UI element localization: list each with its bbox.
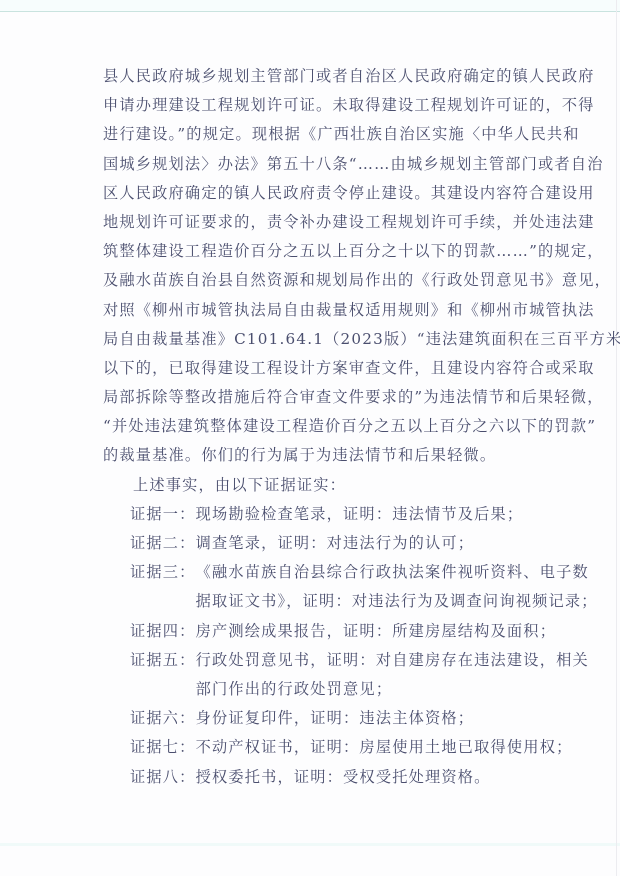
body-paragraph: 县人民政府城乡规划主管部门或者自治区人民政府确定的镇人民政府 申请办理建设工程规… [103,62,571,471]
evidence-label: 证据五： [130,646,196,704]
evidence-text: 部门作出的行政处罚意见； [196,675,589,704]
evidence-list: 证据一： 现场勘验检查笔录，证明：违法情节及后果； 证据二： 调查笔录，证明：对… [103,500,571,792]
evidence-item: 证据四： 房产测绘成果报告，证明：所建房屋结构及面积； [103,617,571,646]
evidence-item: 证据三： 《融水苗族自治县综合行政执法案件视听资料、电子数 据取证文书》，证明：… [103,558,571,616]
evidence-intro: 上述事实，由以下证据证实： [103,471,571,500]
body-line: 筑整体建设工程造价百分之五以上百分之十以下的罚款……”的规定， [103,237,571,266]
body-line: 的裁量基准。你们的行为属于为违法情节和后果轻微。 [103,441,571,470]
evidence-text: 调查笔录，证明：对违法行为的认可； [196,529,571,558]
evidence-label: 证据一： [130,500,196,529]
evidence-text: 身份证复印件，证明：违法主体资格； [196,704,571,733]
evidence-text: 《融水苗族自治县综合行政执法案件视听资料、电子数 [196,558,598,587]
scan-top-band [0,0,620,11]
body-line: 局部拆除等整改措施后符合审查文件要求的”为违法情节和后果轻微， [103,383,571,412]
body-line: 国城乡规划法〉办法》第五十八条“……由城乡规划主管部门或者自治 [103,150,571,179]
body-line: “并处违法建筑整体建设工程造价百分之五以上百分之六以下的罚款” [103,412,571,441]
evidence-text: 不动产权证书，证明：房屋使用土地已取得使用权； [196,733,573,762]
body-line: 及融水苗族自治县自然资源和规划局作出的《行政处罚意见书》意见， [103,266,571,295]
evidence-text: 授权委托书，证明：受权受托处理资格。 [196,763,571,792]
evidence-label: 证据二： [130,529,196,558]
evidence-text: 据取证文书》，证明：对违法行为及调查问询视频记录； [196,587,598,616]
body-line: 县人民政府城乡规划主管部门或者自治区人民政府确定的镇人民政府 [103,62,571,91]
evidence-item: 证据二： 调查笔录，证明：对违法行为的认可； [103,529,571,558]
evidence-text: 行政处罚意见书，证明：对自建房存在违法建设，相关 [196,646,589,675]
scan-top-line [0,11,620,12]
body-line: 区人民政府确定的镇人民政府责令停止建设。其建设内容符合建设用 [103,179,571,208]
evidence-item: 证据一： 现场勘验检查笔录，证明：违法情节及后果； [103,500,571,529]
evidence-text: 房产测绘成果报告，证明：所建房屋结构及面积； [196,617,571,646]
document-page: 县人民政府城乡规划主管部门或者自治区人民政府确定的镇人民政府 申请办理建设工程规… [103,62,571,792]
evidence-item: 证据七： 不动产权证书，证明：房屋使用土地已取得使用权； [103,733,571,762]
body-line: 以下的，已取得建设工程设计方案审查文件，且建设内容符合或采取 [103,354,571,383]
evidence-item: 证据五： 行政处罚意见书，证明：对自建房存在违法建设，相关 部门作出的行政处罚意… [103,646,571,704]
evidence-intro-text: 上述事实，由以下证据证实： [133,471,571,500]
evidence-item: 证据八： 授权委托书，证明：受权受托处理资格。 [103,763,571,792]
evidence-label: 证据八： [130,763,196,792]
body-line: 地规划许可证要求的，责令补办建设工程规划许可手续，并处违法建 [103,208,571,237]
evidence-text: 现场勘验检查笔录，证明：违法情节及后果； [196,500,571,529]
page-right-edge [616,0,617,876]
body-line: 申请办理建设工程规划许可证。未取得建设工程规划许可证的，不得 [103,91,571,120]
evidence-label: 证据七： [130,733,196,762]
body-line: 对照《柳州市城管执法局自由裁量权适用规则》和《柳州市城管执法 [103,296,571,325]
scan-bottom-line [0,843,620,846]
evidence-item: 证据六： 身份证复印件，证明：违法主体资格； [103,704,571,733]
evidence-label: 证据三： [130,558,196,616]
evidence-label: 证据六： [130,704,196,733]
body-line: 局自由裁量基准》C101.64.1（2023版）“违法建筑面积在三百平方米 [103,325,571,354]
evidence-label: 证据四： [130,617,196,646]
body-line: 进行建设。”的规定。现根据《广西壮族自治区实施〈中华人民共和 [103,120,571,149]
